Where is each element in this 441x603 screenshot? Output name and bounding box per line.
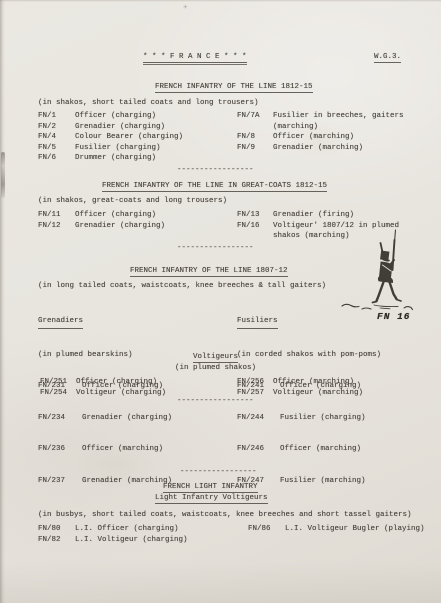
catalog-page: + * * * F R A N C E * * * W.G.3. FRENCH … [0, 0, 441, 603]
figure-code: FN/236 [38, 444, 82, 455]
subsection-title: Voltigeurs [193, 353, 238, 363]
figure-label: Fusilier in breeches, gaiters [273, 111, 404, 122]
separator: ----------------- [177, 397, 254, 406]
catalog-row: FN/244Fusilier (charging) [237, 413, 381, 424]
figure-label [75, 231, 237, 242]
bottom-shadow [0, 560, 441, 603]
catalog-rows-light-infantry: FN/80L.I. Officer (charging)FN/86L.I. Vo… [38, 524, 425, 545]
figure-code: FN/237 [38, 476, 82, 487]
figure-label: Fusilier (charging) [280, 413, 381, 424]
binding-mark [1, 152, 5, 198]
figure-label: Officer (charging) [75, 210, 237, 221]
separator: ----------------- [180, 468, 257, 477]
catalog-rows-line-1812: FN/1Officer (charging)FN/7AFusilier in b… [38, 111, 404, 164]
figure-label [285, 535, 425, 546]
scan-left-edge [0, 0, 5, 603]
section-desc: (in busbys, short tailed coats, waistcoa… [38, 511, 412, 520]
catalog-row: FN/236Officer (marching) [38, 444, 172, 455]
section-desc: (in shakos, short tailed coats and long … [38, 99, 259, 108]
figure-label: Fusilier (marching) [280, 476, 381, 487]
subsection-desc: (in corded shakos with pom-poms) [237, 350, 381, 361]
figure-code [237, 231, 273, 242]
catalog-row: FN/6Drummer (charging) [38, 153, 404, 164]
figure-label: Voltigeur (marching) [273, 388, 363, 399]
subsection-desc: (in plumed shakos) [175, 364, 256, 373]
section-title: FRENCH INFANTRY OF THE LINE IN GREAT-COA… [102, 182, 327, 192]
figure-label [273, 153, 404, 164]
figure-code: FN/86 [248, 524, 285, 535]
figure-label: Grenadier (charging) [75, 122, 237, 133]
catalog-ref: W.G.3. [374, 53, 401, 63]
subsection-grenadiers: Grenadiers (in plumed bearskins) FN/231O… [38, 295, 172, 507]
illustration-caption: FN 16 [377, 312, 411, 321]
figure-label: L.I. Voltigeur Bugler (playing) [285, 524, 425, 535]
figure-label: Officer (charging) [76, 377, 237, 388]
section-subtitle: Light Infantry Voltigeurs [155, 494, 268, 504]
figure-label: Grenadier (firing) [273, 210, 399, 221]
section-title: FRENCH INFANTRY OF THE LINE 1807-12 [130, 267, 288, 277]
figure-code [237, 153, 273, 164]
figure-label: Officer (marching) [273, 132, 404, 143]
catalog-row: FN/246Officer (marching) [237, 444, 381, 455]
figure-code: FN/12 [38, 221, 75, 232]
figure-code: FN/251 [40, 377, 76, 388]
catalog-row: FN/11Officer (charging)FN/13Grenadier (f… [38, 210, 399, 221]
subsection-title: Fusiliers [237, 316, 278, 329]
subsection-title: Grenadiers [38, 316, 83, 329]
figure-label: Grenadier (marching) [273, 143, 404, 154]
figure-code [38, 231, 75, 242]
catalog-row: FN/237Grenadier (marching) [38, 476, 172, 487]
figure-label: Officer (charging) [75, 111, 237, 122]
catalog-row: FN/4Colour Bearer (charging)FN/8Officer … [38, 132, 404, 143]
page-header: * * * F R A N C E * * * [143, 53, 247, 62]
figure-code: FN/11 [38, 210, 75, 221]
page-title: * * * F R A N C E * * * [143, 53, 247, 63]
figure-code: FN/9 [237, 143, 273, 154]
section-title: FRENCH LIGHT INFANTRY [163, 483, 258, 493]
figure-label: Drummer (charging) [75, 153, 237, 164]
figure-code: FN/80 [38, 524, 75, 535]
scan-top-edge [0, 0, 441, 2]
catalog-row: FN/234Grenadier (charging) [38, 413, 172, 424]
section-subtitle-wrap: Light Infantry Voltigeurs [155, 494, 268, 503]
figure-label: Fusilier (charging) [75, 143, 237, 154]
catalog-row: FN/2Grenadier (charging)(marching) [38, 122, 404, 133]
figure-code: FN/16 [237, 221, 273, 232]
section-desc: (in shakos, great-coats and long trouser… [38, 197, 227, 206]
figure-code: FN/82 [38, 535, 75, 546]
figure-code: FN/4 [38, 132, 75, 143]
catalog-row: FN/251Officer (charging)FN/256Officer (m… [40, 377, 363, 388]
figure-code [237, 122, 273, 133]
figure-code: FN/244 [237, 413, 280, 424]
section-line-1812-title-wrap: FRENCH INFANTRY OF THE LINE 1812-15 [155, 83, 313, 92]
figure-label: Colour Bearer (charging) [75, 132, 237, 143]
catalog-row: FN/247Fusilier (marching) [237, 476, 381, 487]
catalog-row: FN/1Officer (charging)FN/7AFusilier in b… [38, 111, 404, 122]
figure-code: FN/13 [237, 210, 273, 221]
figure-code: FN/2 [38, 122, 75, 133]
figure-label: Officer (marching) [273, 377, 363, 388]
figure-code: FN/8 [237, 132, 273, 143]
section-title: FRENCH INFANTRY OF THE LINE 1812-15 [155, 83, 313, 93]
figure-label: (marching) [273, 122, 404, 133]
marching-soldier-sketch-icon [336, 224, 420, 316]
figure-code: FN/234 [38, 413, 82, 424]
subsection-desc: (in plumed bearskins) [38, 350, 172, 361]
figure-label: Officer (marching) [82, 444, 172, 455]
figure-code: FN/246 [237, 444, 280, 455]
figure-code: FN/256 [237, 377, 273, 388]
figure-code: FN/5 [38, 143, 75, 154]
subsection-fusiliers: Fusiliers (in corded shakos with pom-pom… [237, 295, 381, 507]
separator: ----------------- [177, 244, 254, 253]
registration-mark: + [183, 4, 188, 13]
catalog-row: FN/82L.I. Voltigeur (charging) [38, 535, 425, 546]
figure-label: Grenadier (charging) [82, 413, 172, 424]
figure-label: Grenadier (marching) [82, 476, 172, 487]
section-line-1807-title-wrap: FRENCH INFANTRY OF THE LINE 1807-12 [130, 267, 288, 276]
figure-code: FN/254 [40, 388, 76, 399]
catalog-ref-wrap: W.G.3. [374, 53, 401, 62]
figure-code [248, 535, 285, 546]
figure-label: L.I. Officer (charging) [75, 524, 248, 535]
figure-code: FN/1 [38, 111, 75, 122]
section-desc: (in long tailed coats, waistcoats, knee … [38, 282, 326, 291]
catalog-row: FN/5Fusilier (charging)FN/9Grenadier (ma… [38, 143, 404, 154]
figure-code: FN/6 [38, 153, 75, 164]
separator: ----------------- [177, 166, 254, 175]
catalog-rows-voltigeurs: FN/251Officer (charging)FN/256Officer (m… [40, 377, 363, 398]
section-light-infantry-title-wrap: FRENCH LIGHT INFANTRY [163, 483, 258, 492]
section-greatcoats-title-wrap: FRENCH INFANTRY OF THE LINE IN GREAT-COA… [102, 182, 327, 191]
catalog-row: FN/80L.I. Officer (charging)FN/86L.I. Vo… [38, 524, 425, 535]
figure-label: L.I. Voltigeur (charging) [75, 535, 248, 546]
figure-label: Grenadier (charging) [75, 221, 237, 232]
figure-code: FN/7A [237, 111, 273, 122]
subsection-voltigeurs-title-wrap: Voltigeurs [193, 353, 238, 362]
figure-label: Officer (marching) [280, 444, 381, 455]
